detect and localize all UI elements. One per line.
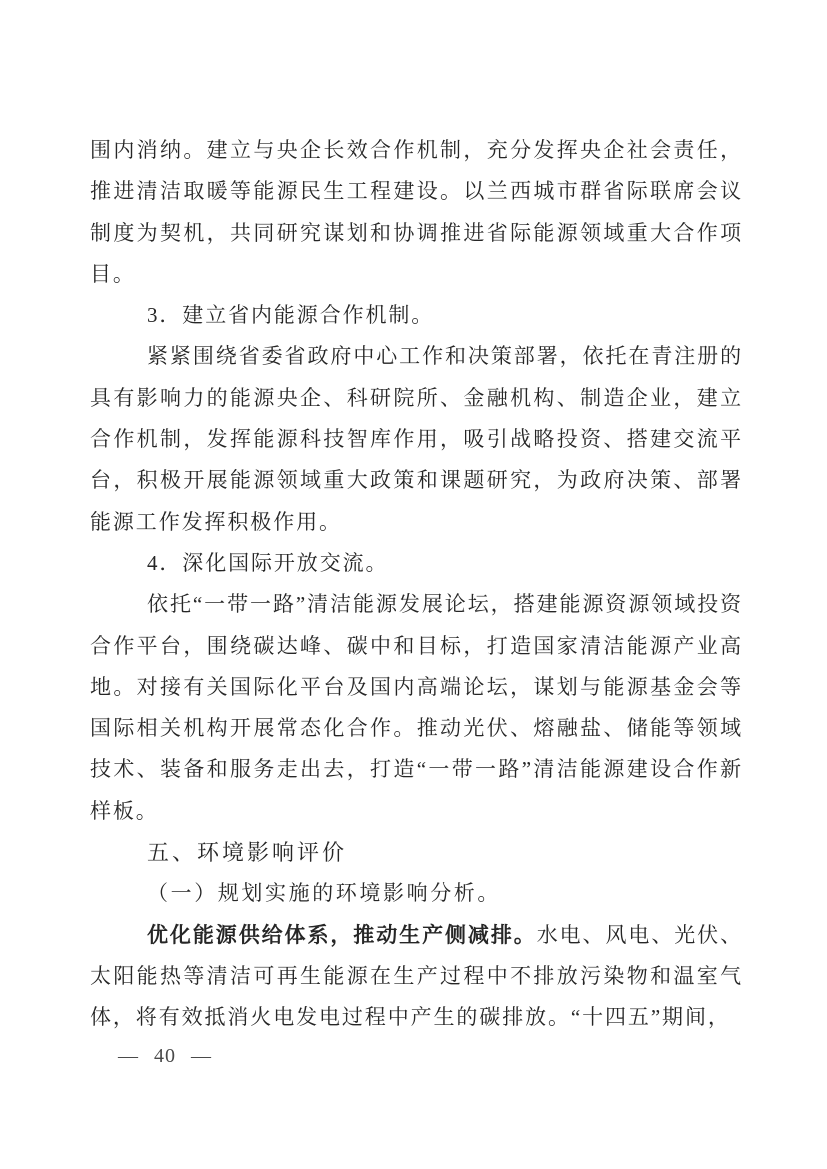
paragraph-bold-lead: 优化能源供给体系，推动生产侧减排。 — [147, 923, 537, 947]
subsection-heading: （一）规划实施的环境影响分析。 — [90, 873, 743, 914]
page-number: — 40 — — [118, 1045, 212, 1067]
body-paragraph: 依托“一带一路”清洁能源发展论坛，搭建能源资源领域投资合作平台，围绕碳达峰、碳中… — [90, 584, 743, 832]
numbered-item-heading-4: 4．深化国际开放交流。 — [90, 543, 743, 584]
numbered-item-heading-3: 3．建立省内能源合作机制。 — [90, 295, 743, 336]
body-paragraph: 紧紧围绕省委省政府中心工作和决策部署，依托在青注册的具有影响力的能源央企、科研院… — [90, 336, 743, 542]
lead-paragraph: 优化能源供给体系，推动生产侧减排。水电、风电、光伏、太阳能热等清洁可再生能源在生… — [90, 915, 743, 1039]
body-paragraph-continuation: 围内消纳。建立与央企长效合作机制，充分发挥央企社会责任，推进清洁取暖等能源民生工… — [90, 130, 743, 295]
section-heading: 五、环境影响评价 — [90, 832, 743, 873]
document-page: 围内消纳。建立与央企长效合作机制，充分发挥央企社会责任，推进清洁取暖等能源民生工… — [0, 0, 827, 1169]
page-number-footer: — 40 — — [118, 1045, 212, 1068]
document-body: 围内消纳。建立与央企长效合作机制，充分发挥央企社会责任，推进清洁取暖等能源民生工… — [90, 130, 743, 1039]
